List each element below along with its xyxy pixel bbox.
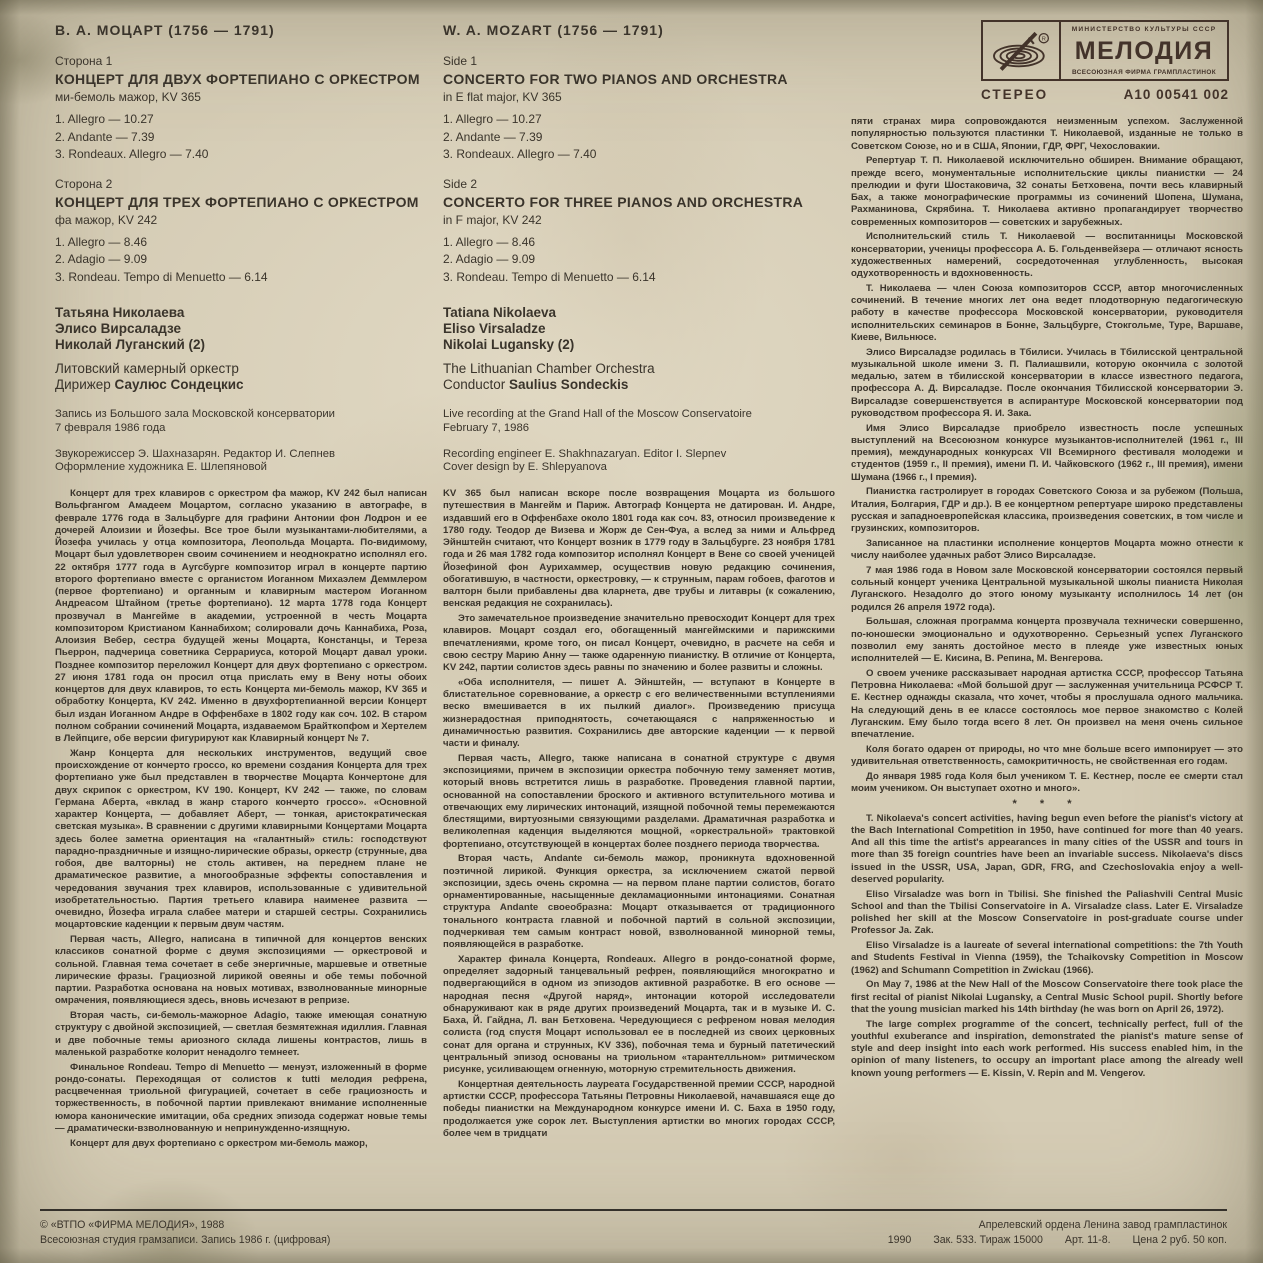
- side1-label-ru: Сторона 1: [55, 54, 427, 68]
- liner-paragraph: Пианистка гастролирует в городах Советск…: [851, 486, 1243, 535]
- track-item: 1. Allegro — 8.46: [55, 234, 427, 252]
- conductor-name-ru: Саулюс Сондецкис: [115, 377, 244, 392]
- side2-key-en: in F major, KV 242: [443, 213, 835, 227]
- firm-line: ВСЕСОЮЗНАЯ ФИРМА ГРАМПЛАСТИНОК: [1064, 69, 1224, 76]
- credit-design-en: Cover design by E. Shlepyanova: [443, 461, 835, 475]
- liner-paragraph: Записанное на пластинки исполнение конце…: [851, 538, 1243, 563]
- catalog-number: А10 00541 002: [1124, 87, 1229, 102]
- liner-paragraph: Концерт для трех клавиров с оркестром фа…: [55, 488, 427, 745]
- track-item: 2. Andante — 7.39: [55, 129, 427, 147]
- side2-label-ru: Сторона 2: [55, 177, 427, 191]
- performers-ru: Татьяна НиколаеваЭлисо ВирсаладзеНиколай…: [55, 305, 427, 353]
- liner-paragraph: Коля богато одарен от природы, но что мн…: [851, 744, 1243, 769]
- liner-paragraph: Исполнительский стиль Т. Николаевой — во…: [851, 231, 1243, 280]
- recording-note-line2-ru: 7 февраля 1986 года: [55, 422, 427, 436]
- orchestra-ru: Литовский камерный оркестр: [55, 361, 427, 377]
- liner-notes-left: Концерт для трех клавиров с оркестром фа…: [55, 488, 427, 1150]
- track-item: 3. Rondeau. Tempo di Menuetto — 6.14: [443, 269, 835, 287]
- pressing-plant-block: Апрелевский ордена Ленина завод грамплас…: [888, 1218, 1227, 1247]
- column-russian: В. А. МОЦАРТ (1756 — 1791) Сторона 1 КОН…: [55, 20, 427, 1152]
- imprint-value: Арт. 11-8.: [1065, 1233, 1111, 1248]
- imprint-value: Зак. 533. Тираж 15000: [933, 1233, 1043, 1248]
- liner-paragraph-en: The large complex programme of the conce…: [851, 1019, 1243, 1080]
- performer-name: Николай Луганский (2): [55, 337, 427, 353]
- side2-work-title-ru: КОНЦЕРТ ДЛЯ ТРЕХ ФОРТЕПИАНО С ОРКЕСТРОМ: [55, 194, 427, 210]
- melodiya-logo-text: МИНИСТЕРСТВО КУЛЬТУРЫ СССР МЕЛОДИЯ ВСЕСО…: [1061, 22, 1227, 79]
- track-item: 2. Adagio — 9.09: [55, 251, 427, 269]
- recording-note-en: Live recording at the Grand Hall of the …: [443, 408, 835, 436]
- imprint-value: 1990: [888, 1233, 912, 1248]
- performer-name: Eliso Virsaladze: [443, 321, 835, 337]
- track-item: 3. Rondeaux. Allegro — 7.40: [443, 146, 835, 164]
- track-item: 3. Rondeau. Tempo di Menuetto — 6.14: [55, 269, 427, 287]
- performer-name: Элисо Вирсаладзе: [55, 321, 427, 337]
- liner-paragraph: пяти странах мира сопровождаются неизмен…: [851, 116, 1243, 153]
- side1-label-en: Side 1: [443, 54, 835, 68]
- conductor-label-ru: Дирижер: [55, 377, 115, 392]
- liner-paragraph: 7 мая 1986 года в Новом зале Московской …: [851, 565, 1243, 614]
- liner-paragraph: Большая, сложная программа концерта проз…: [851, 616, 1243, 665]
- conductor-name-en: Saulius Sondeckis: [509, 377, 628, 392]
- liner-notes-middle: KV 365 был написан вскоре после возвраще…: [443, 488, 835, 1140]
- melodiya-record-icon: R: [983, 22, 1061, 79]
- performers-en: Tatiana NikolaevaEliso VirsaladzeNikolai…: [443, 305, 835, 353]
- conductor-en: Conductor Saulius Sondeckis: [443, 377, 835, 393]
- liner-paragraph-en: Eliso Virsaladze is a laureate of severa…: [851, 940, 1243, 977]
- side1-tracklist-en: 1. Allegro — 10.272. Andante — 7.393. Ro…: [443, 111, 835, 164]
- melodiya-wordmark: МЕЛОДИЯ: [1064, 40, 1224, 63]
- performer-name: Tatiana Nikolaeva: [443, 305, 835, 321]
- liner-paragraph: Вторая часть, си-бемоль-мажорное Adagio,…: [55, 1010, 427, 1059]
- credits-ru: Звукорежиссер Э. Шахназарян. Редактор И.…: [55, 448, 427, 476]
- liner-paragraph: Жанр Концерта для нескольких инструменто…: [55, 748, 427, 932]
- melodiya-logo-block: R МИНИСТЕРСТВО КУЛЬТУРЫ СССР МЕЛОДИЯ ВСЕ…: [981, 20, 1229, 102]
- liner-notes-right: пяти странах мира сопровождаются неизмен…: [851, 116, 1243, 1080]
- liner-paragraph: Имя Элисо Вирсаладзе приобрело известнос…: [851, 423, 1243, 484]
- track-item: 1. Allegro — 8.46: [443, 234, 835, 252]
- liner-paragraph: Концерт для двух фортепиано с оркестром …: [55, 1138, 427, 1150]
- liner-paragraph-en: Eliso Virsaladze was born in Tbilisi. Sh…: [851, 889, 1243, 938]
- orchestra-en: The Lithuanian Chamber Orchestra: [443, 361, 835, 377]
- liner-paragraph-en: T. Nikolaeva's concert activities, havin…: [851, 813, 1243, 887]
- side1-work-title-en: CONCERTO FOR TWO PIANOS AND ORCHESTRA: [443, 71, 835, 87]
- liner-paragraph: Концертная деятельность лауреата Государ…: [443, 1079, 835, 1140]
- liner-paragraph: Т. Николаева — член Союза композиторов С…: [851, 283, 1243, 344]
- ministry-line: МИНИСТЕРСТВО КУЛЬТУРЫ СССР: [1064, 26, 1224, 33]
- track-item: 2. Adagio — 9.09: [443, 251, 835, 269]
- side2-work-title-en: CONCERTO FOR THREE PIANOS AND ORCHESTRA: [443, 194, 835, 210]
- credit-design-ru: Оформление художника Е. Шлепяновой: [55, 461, 427, 475]
- liner-paragraph: Характер финала Концерта, Rondeaux. Alle…: [443, 954, 835, 1077]
- recording-note-line1-en: Live recording at the Grand Hall of the …: [443, 408, 835, 422]
- recording-note-line1-ru: Запись из Большого зала Московской консе…: [55, 408, 427, 422]
- section-separator: * * *: [851, 798, 1243, 810]
- composer-title-ru: В. А. МОЦАРТ (1756 — 1791): [55, 22, 427, 38]
- credit-engineer-en: Recording engineer E. Shakhnazaryan. Edi…: [443, 448, 835, 462]
- side1-key-ru: ми-бемоль мажор, KV 365: [55, 90, 427, 104]
- liner-paragraph: Первая часть, Allegro, написана в типичн…: [55, 934, 427, 1008]
- melodiya-logo-box: R МИНИСТЕРСТВО КУЛЬТУРЫ СССР МЕЛОДИЯ ВСЕ…: [981, 20, 1229, 81]
- liner-paragraph: Элисо Вирсаладзе родилась в Тбилиси. Учи…: [851, 347, 1243, 421]
- credit-engineer-ru: Звукорежиссер Э. Шахназарян. Редактор И.…: [55, 448, 427, 462]
- copyright-line: © «ВТПО «ФИРМА МЕЛОДИЯ», 1988: [40, 1218, 330, 1233]
- liner-paragraph: Вторая часть, Andante си-бемоль мажор, п…: [443, 853, 835, 951]
- stereo-label: СТЕРЕО: [981, 87, 1048, 102]
- liner-paragraph: Финальное Rondeau. Tempo di Menuetto — м…: [55, 1062, 427, 1136]
- recording-note-line2-en: February 7, 1986: [443, 422, 835, 436]
- liner-paragraph: Репертуар Т. П. Николаевой исключительно…: [851, 155, 1243, 229]
- svg-text:R: R: [1042, 36, 1046, 42]
- conductor-ru: Дирижер Саулюс Сондецкис: [55, 377, 427, 393]
- record-sleeve-back: В. А. МОЦАРТ (1756 — 1791) Сторона 1 КОН…: [0, 0, 1263, 1263]
- stereo-catalog-row: СТЕРЕО А10 00541 002: [981, 87, 1229, 102]
- imprint-footer: © «ВТПО «ФИРМА МЕЛОДИЯ», 1988 Всесоюзная…: [40, 1209, 1227, 1247]
- studio-line: Всесоюзная студия грамзаписи. Запись 198…: [40, 1233, 330, 1248]
- performer-name: Татьяна Николаева: [55, 305, 427, 321]
- plant-line: Апрелевский ордена Ленина завод грамплас…: [888, 1218, 1227, 1233]
- liner-paragraph-en: On May 7, 1986 at the New Hall of the Mo…: [851, 979, 1243, 1016]
- liner-paragraph: О своем ученике рассказывает народная ар…: [851, 668, 1243, 742]
- track-item: 3. Rondeaux. Allegro — 7.40: [55, 146, 427, 164]
- liner-paragraph: Первая часть, Allegro, также написана в …: [443, 753, 835, 851]
- composer-title-en: W. A. MOZART (1756 — 1791): [443, 22, 835, 38]
- track-item: 1. Allegro — 10.27: [443, 111, 835, 129]
- side1-work-title-ru: КОНЦЕРТ ДЛЯ ДВУХ ФОРТЕПИАНО С ОРКЕСТРОМ: [55, 71, 427, 87]
- column-english-header: W. A. MOZART (1756 — 1791) Side 1 CONCER…: [443, 20, 835, 1152]
- column-right: R МИНИСТЕРСТВО КУЛЬТУРЫ СССР МЕЛОДИЯ ВСЕ…: [851, 20, 1243, 1152]
- content-columns: В. А. МОЦАРТ (1756 — 1791) Сторона 1 КОН…: [55, 20, 1227, 1152]
- side1-key-en: in E flat major, KV 365: [443, 90, 835, 104]
- side2-tracklist-ru: 1. Allegro — 8.462. Adagio — 9.093. Rond…: [55, 234, 427, 287]
- side2-key-ru: фа мажор, KV 242: [55, 213, 427, 227]
- side1-tracklist-ru: 1. Allegro — 10.272. Andante — 7.393. Ro…: [55, 111, 427, 164]
- liner-paragraph: Это замечательное произведение значитель…: [443, 613, 835, 674]
- track-item: 2. Andante — 7.39: [443, 129, 835, 147]
- copyright-block: © «ВТПО «ФИРМА МЕЛОДИЯ», 1988 Всесоюзная…: [40, 1218, 330, 1247]
- imprint-value: Цена 2 руб. 50 коп.: [1133, 1233, 1227, 1248]
- track-item: 1. Allegro — 10.27: [55, 111, 427, 129]
- performer-name: Nikolai Lugansky (2): [443, 337, 835, 353]
- side2-tracklist-en: 1. Allegro — 8.462. Adagio — 9.093. Rond…: [443, 234, 835, 287]
- conductor-label-en: Conductor: [443, 377, 509, 392]
- order-price-line: 1990Зак. 533. Тираж 15000Арт. 11-8.Цена …: [888, 1233, 1227, 1248]
- liner-paragraph: До января 1985 года Коля был учеником Т.…: [851, 771, 1243, 796]
- liner-paragraph: KV 365 был написан вскоре после возвраще…: [443, 488, 835, 611]
- side2-label-en: Side 2: [443, 177, 835, 191]
- credits-en: Recording engineer E. Shakhnazaryan. Edi…: [443, 448, 835, 476]
- recording-note-ru: Запись из Большого зала Московской консе…: [55, 408, 427, 436]
- liner-paragraph: «Оба исполнителя, — пишет А. Эйнштейн, —…: [443, 677, 835, 751]
